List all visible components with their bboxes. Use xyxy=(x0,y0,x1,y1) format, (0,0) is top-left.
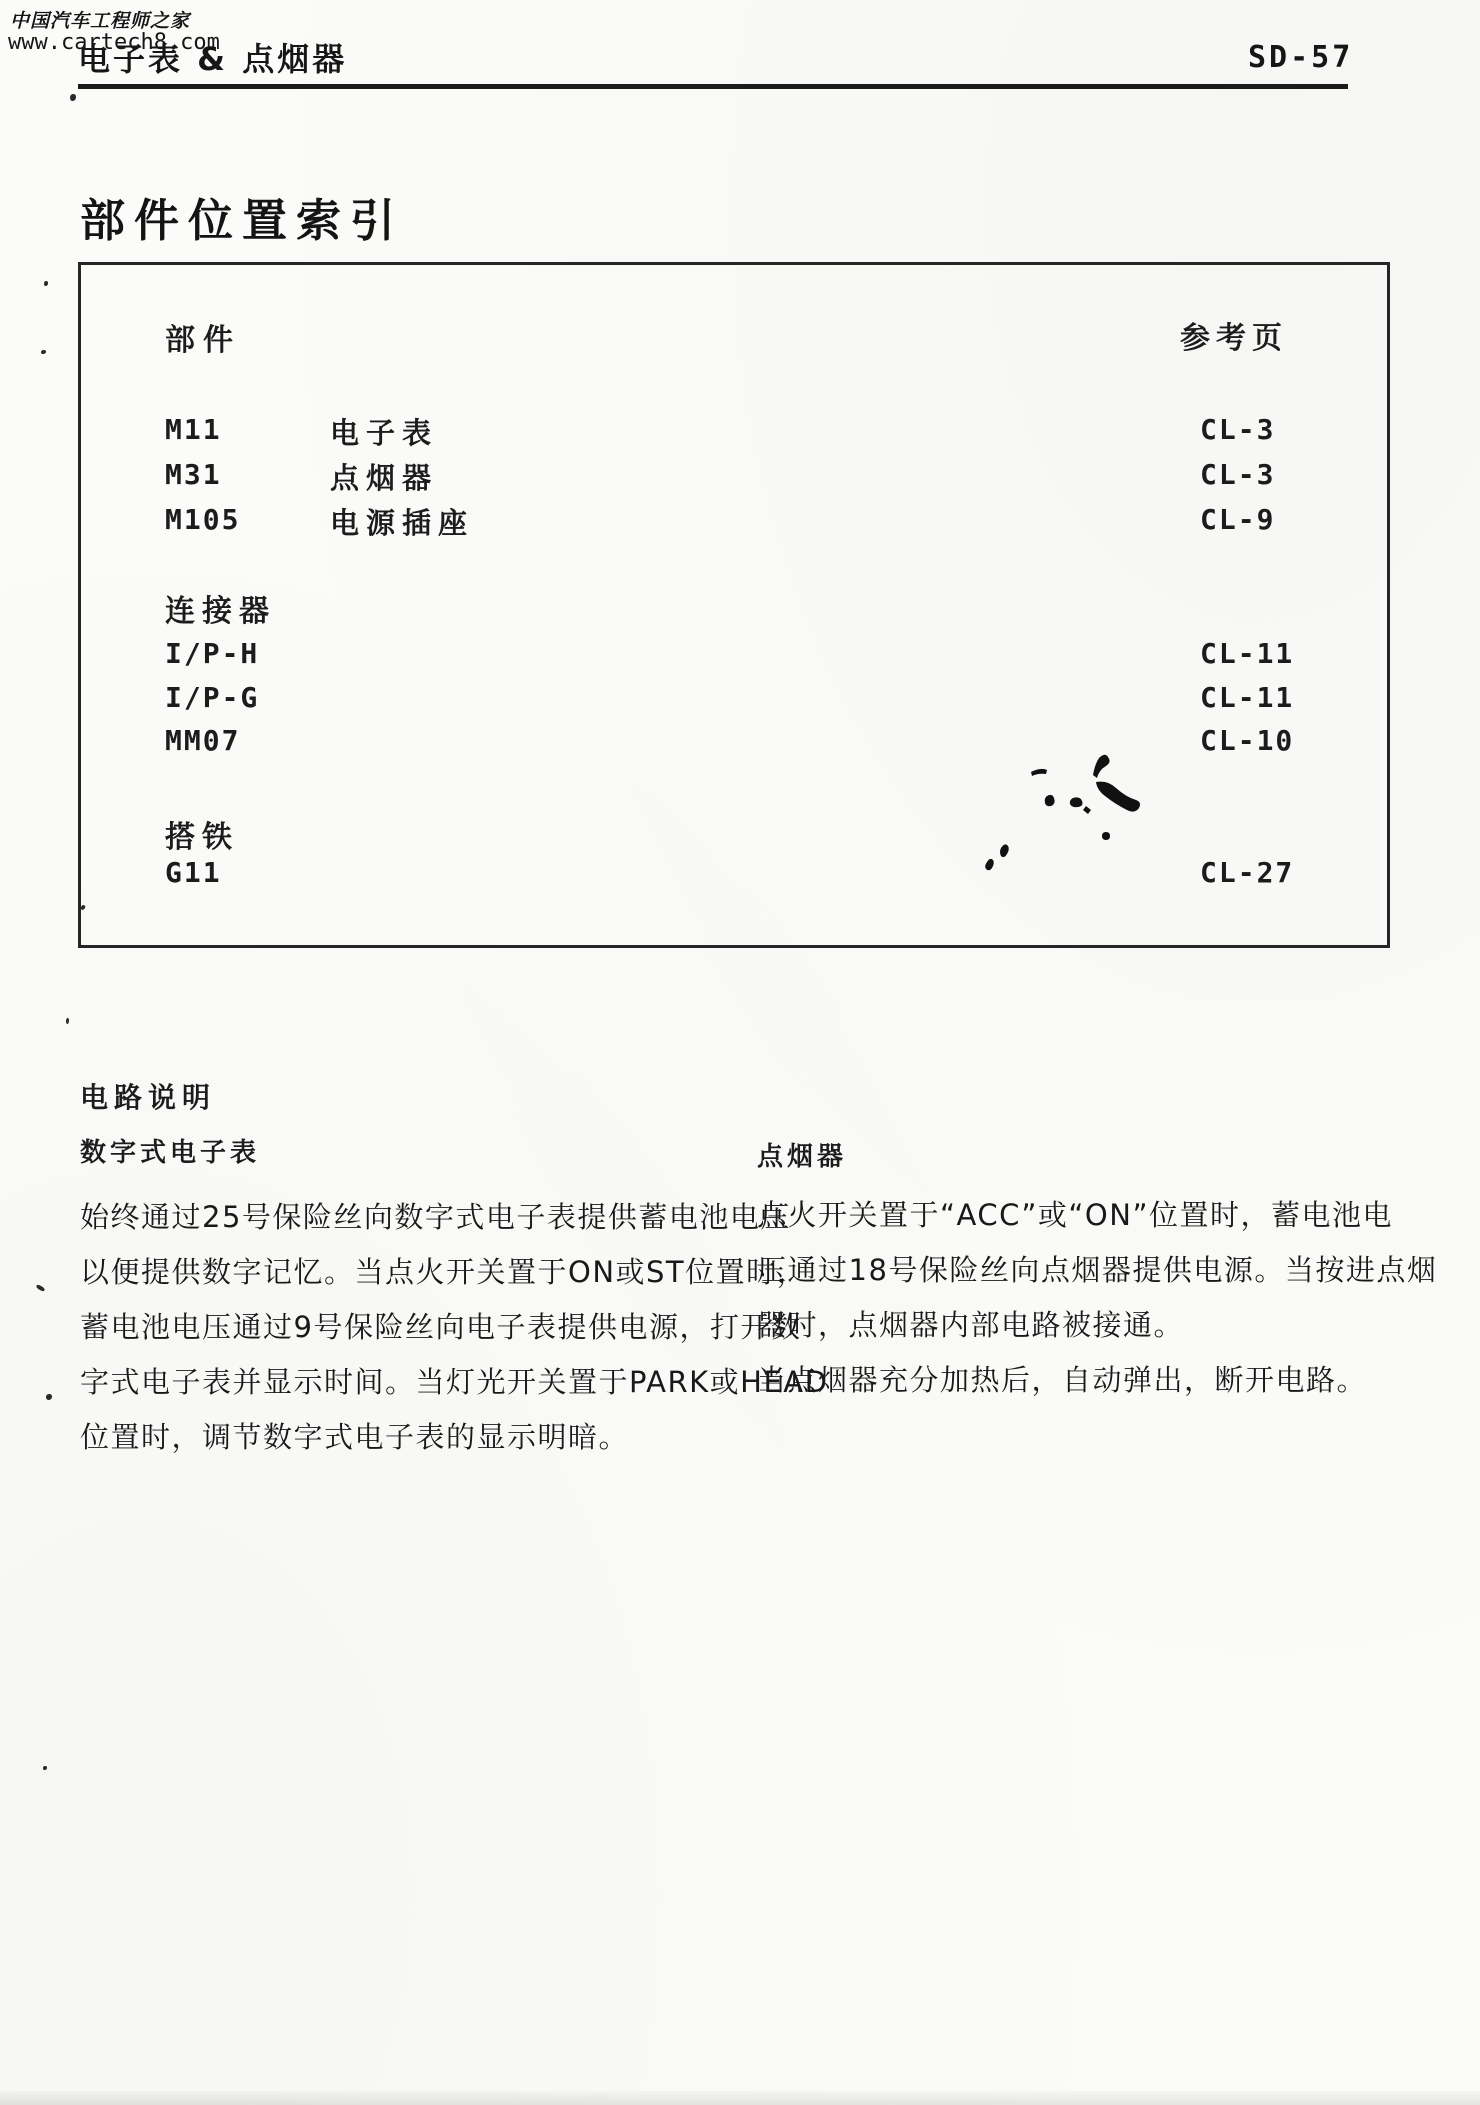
page-header-title: 电子表 & 点烟器 xyxy=(78,34,347,80)
body-text-line: 字式电子表并显示时间。当灯光开关置于PARK或HEAD xyxy=(80,1360,828,1401)
group-header-ground: 搭铁 xyxy=(165,812,239,856)
section-title: 部件位置索引 xyxy=(80,184,404,249)
part-name: 点烟器 xyxy=(330,456,438,497)
ink-smudge xyxy=(961,740,1181,880)
group-header-connectors: 连接器 xyxy=(165,586,276,630)
part-ref-page: CL-9 xyxy=(1200,503,1275,536)
scan-edge-shadow xyxy=(0,2091,1480,2105)
ink-speck xyxy=(44,281,48,286)
ink-speck xyxy=(43,1766,47,1770)
table-row: I/P-H CL-11 xyxy=(81,637,1387,677)
body-text-line: 蓄电池电压通过9号保险丝向电子表提供电源，打开数 xyxy=(80,1305,801,1346)
connector-ref-page: CL-10 xyxy=(1200,724,1294,757)
body-text-line: 始终通过25号保险丝向数字式电子表提供蓄电池电压 xyxy=(80,1195,791,1236)
ink-speck xyxy=(36,1284,46,1292)
ink-speck xyxy=(46,1394,52,1400)
table-row: G11 CL-27 xyxy=(81,856,1387,896)
part-code: M105 xyxy=(165,503,240,536)
column-header-part: 部件 xyxy=(165,315,241,359)
page-number: SD-57 xyxy=(1248,40,1353,75)
table-row: MM07 CL-10 xyxy=(81,724,1387,764)
connector-ref-page: CL-11 xyxy=(1200,637,1294,670)
part-ref-page: CL-3 xyxy=(1200,413,1275,446)
connector-code: MM07 xyxy=(165,724,240,757)
ink-speck xyxy=(70,94,76,101)
body-text-line: 器时，点烟器内部电路被接通。 xyxy=(757,1303,1184,1344)
ink-speck xyxy=(41,350,46,354)
table-row: M31 点烟器 CL-3 xyxy=(81,458,1387,498)
parts-index-box: 部件 参考页 M11 电子表 CL-3 M31 点烟器 CL-3 M105 电源… xyxy=(78,262,1390,948)
connector-code: I/P-G xyxy=(165,681,259,714)
part-name: 电源插座 xyxy=(330,501,474,542)
column-header-page: 参考页 xyxy=(1180,313,1288,357)
lighter-heading: 点烟器 xyxy=(757,1136,847,1173)
circuit-section-title: 电路说明 xyxy=(80,1076,216,1116)
table-row: I/P-G CL-11 xyxy=(81,681,1387,721)
part-ref-page: CL-3 xyxy=(1200,458,1275,491)
ground-code: G11 xyxy=(165,856,222,889)
body-text-line: 位置时，调节数字式电子表的显示明暗。 xyxy=(80,1415,629,1456)
body-text-line: 以便提供数字记忆。当点火开关置于ON或ST位置时， xyxy=(80,1250,807,1291)
connector-code: I/P-H xyxy=(165,637,259,670)
part-code: M11 xyxy=(165,413,222,446)
part-name: 电子表 xyxy=(330,411,438,452)
body-text-line: 当点烟器充分加热后，自动弹出，断开电路。 xyxy=(757,1358,1367,1399)
watermark-site-name: 中国汽车工程师之家 xyxy=(10,6,190,33)
ink-speck xyxy=(66,1018,69,1024)
ground-ref-page: CL-27 xyxy=(1200,856,1294,889)
connector-ref-page: CL-11 xyxy=(1200,681,1294,714)
manual-page: 中国汽车工程师之家 www.cartech8.com 电子表 & 点烟器 SD-… xyxy=(0,0,1480,2105)
part-code: M31 xyxy=(165,458,222,491)
digital-clock-heading: 数字式电子表 xyxy=(80,1132,260,1169)
header-rule xyxy=(78,84,1348,89)
body-text-line: 点火开关置于“ACC”或“ON”位置时，蓄电池电 xyxy=(757,1193,1393,1234)
body-text-line: 压通过18号保险丝向点烟器提供电源。当按进点烟 xyxy=(757,1248,1437,1289)
table-row: M11 电子表 CL-3 xyxy=(81,413,1387,453)
table-row: M105 电源插座 CL-9 xyxy=(81,503,1387,543)
